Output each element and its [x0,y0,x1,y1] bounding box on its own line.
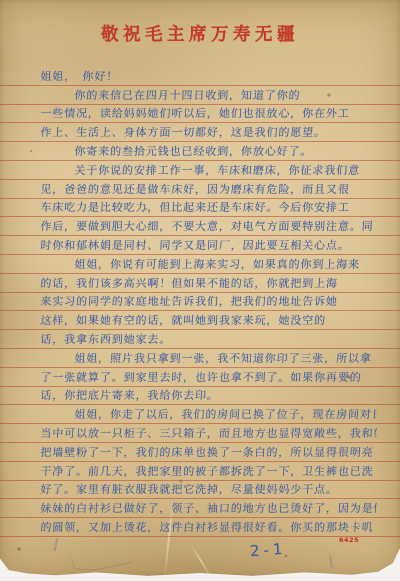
handwritten-text: 见，爸爸的意见还是做车床好，因为磨床有危险，而且又很 [40,183,350,197]
paper-crease-diagonal [189,543,213,580]
handwritten-text: 把墙壁粉了一下，我们的床单也换了一条白的，所以显得很明亮 [40,446,374,460]
handwritten-text: 姐姐， 你好！ [40,70,119,84]
handwritten-text: 车床吃力是比较吃力，但比起来还是车床好。今后你安排工 [40,201,350,215]
ruled-line-row: 把墙壁粉了一下，我们的床单也换了一条白的，所以显得很明亮 [0,443,400,462]
ruled-line-row: 姐姐， 你好！ [0,67,400,86]
ruled-line-row: 见，爸爸的意见还是做车床好，因为磨床有危险，而且又很 [0,180,400,199]
printed-slogan: 敬祝毛主席万寿无疆 [0,21,400,46]
handwritten-text: 你寄来的叁拾元钱也已经收到，你放心好了。 [40,145,313,159]
handwritten-text: 话，我拿东西到她家去。 [40,333,172,347]
handwritten-text: 姐姐，你说有可能到上海来实习，如果真的你到上海来 [40,258,360,272]
ruled-line-row: 姐姐，你走了以后，我们的房间已换了位子，现在房间对日光 [0,405,400,424]
ruled-line-row: 干净了。前几天，我把家里的被子都拆洗了一下，卫生裤也已洗 [0,462,400,481]
pencil-mark [329,556,333,568]
ruled-line-row: 车床吃力是比较吃力，但比起来还是车床好。今后你安排工 [0,199,400,218]
handwritten-text: 的圆领，又加上烫花，这件白衬衫显得很好看。你买的那块卡叽 [40,521,374,535]
ruled-line-row: 作后，要做到胆大心细，不要大意，对电气方面要特别注意。同 [0,217,400,236]
ruled-line-row: 一些情况，读给妈妈她们听以后，她们也很放心，你在外工 [0,105,400,124]
handwritten-text: 的话，我们该多高兴啊！但如果不能的话，你就把到上海 [40,277,338,291]
ruled-line-row: 的话，我们该多高兴啊！但如果不能的话，你就把到上海 [0,274,400,293]
handwritten-text: 关于你说的安排工作一事，车床和磨床，你征求我们意 [40,164,360,178]
serial-number: 6425 [339,536,359,544]
handwritten-text: 干净了。前几天，我把家里的被子都拆洗了一下，卫生裤也已洗 [40,465,374,479]
ruled-line-row: 时你和郁林娟是同村、同学又是同厂，因此要互相关心点。 [0,236,400,255]
ruled-line-row: 好了。家里有脏衣服我就把它洗掉，尽量使妈妈少干点。 [0,481,400,500]
pencil-mark [54,538,59,551]
ruled-line-row: 妹妹的白衬衫已做好了，领子、袖口的地方也已烫好了，因为是做 [0,499,400,518]
handwritten-text: 姐姐，照片我只拿到一张，我不知道你印了三张，所以拿 [40,352,372,366]
handwritten-text: 作上、生活上、身体方面一切都好，这是我们的愿望。 [40,126,326,140]
ruled-line-row: 了一张就算了。到家里去时，也许也拿不到了。如果你再要的 [0,368,400,387]
pencil-mark [71,546,132,575]
ruled-line-row: 的圆领，又加上烫花，这件白衬衫显得很好看。你买的那块卡叽 [0,518,400,537]
page-number: 2-1 [249,540,287,561]
handwritten-text: 作后，要做到胆大心细，不要大意，对电气方面要特别注意。同 [40,220,374,234]
letter-lines: 姐姐， 你好！你的来信已在四月十四日收到，知道了你的一些情况，读给妈妈她们听以后… [0,67,400,537]
handwritten-text: 当中可以放一只柜子、三只箱子，而且地方也显得宽敞些，我和妈 [40,427,377,441]
handwritten-text: 姐姐，你走了以后，我们的房间已换了位子，现在房间对日光 [40,408,377,422]
ruled-line-row: 姐姐，你说有可能到上海来实习，如果真的你到上海来 [0,255,400,274]
handwritten-text: 话，你把底片寄来，我给你去印。 [40,389,219,403]
ruled-line-row: 来实习的同学的家庭地址告诉我们，把我们的地址告诉她 [0,293,400,312]
handwritten-text: 了一张就算了。到家里去时，也许也拿不到了。如果你再要的 [40,371,362,385]
handwritten-text: 好了。家里有脏衣服我就把它洗掉，尽量使妈妈少干点。 [40,483,338,497]
ruled-line-row: 关于你说的安排工作一事，车床和磨床，你征求我们意 [0,161,400,180]
handwritten-text: 妹妹的白衬衫已做好了，领子、袖口的地方也已烫好了，因为是做 [40,502,377,516]
ruled-line-row: 话，你把底片寄来，我给你去印。 [0,387,400,406]
ruled-line-row: 你寄来的叁拾元钱也已经收到，你放心好了。 [0,142,400,161]
ruled-line-row: 当中可以放一只柜子、三只箱子，而且地方也显得宽敞些，我和妈 [0,424,400,443]
ruled-line-row: 话，我拿东西到她家去。 [0,330,400,349]
ruled-line-row: 姐姐，照片我只拿到一张，我不知道你印了三张，所以拿 [0,349,400,368]
handwritten-text: 这样，如果她有空的话，就叫她到我家来玩，她没空的 [40,314,326,328]
handwritten-text: 一些情况，读给妈妈她们听以后，她们也很放心，你在外工 [40,107,350,121]
ruled-line-row: 你的来信已在四月十四日收到，知道了你的 [0,86,400,105]
scan-background: 敬祝毛主席万寿无疆 姐姐， 你好！你的来信已在四月十四日收到，知道了你的一些情况… [0,0,400,581]
ruled-line-row: 这样，如果她有空的话，就叫她到我家来玩，她没空的 [0,311,400,330]
letter-paper: 敬祝毛主席万寿无疆 姐姐， 你好！你的来信已在四月十四日收到，知道了你的一些情况… [0,0,400,577]
handwritten-text: 时你和郁林娟是同村、同学又是同厂，因此要互相关心点。 [40,239,350,253]
ruled-line-row: 作上、生活上、身体方面一切都好，这是我们的愿望。 [0,123,400,142]
handwritten-text: 你的来信已在四月十四日收到，知道了你的 [40,89,301,103]
handwritten-text: 来实习的同学的家庭地址告诉我们，把我们的地址告诉她 [40,295,338,309]
